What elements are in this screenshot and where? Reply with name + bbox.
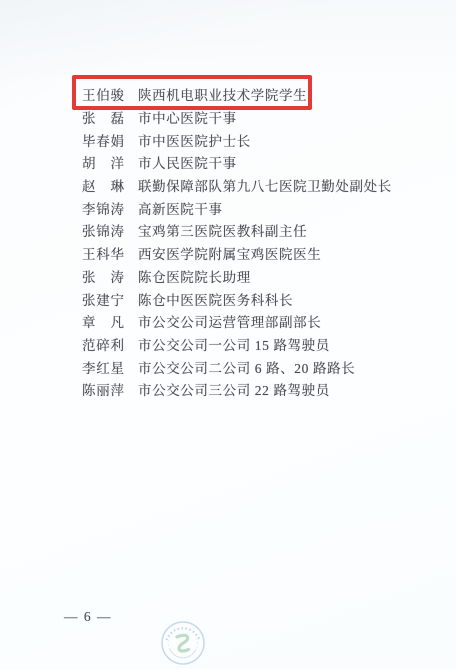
person-name: 李红星 [82, 357, 124, 377]
person-title: 宝鸡第三医院医教科副主任 [138, 220, 307, 240]
person-name: 张建宁 [82, 289, 124, 309]
person-title: 陈仓医院院长助理 [138, 266, 251, 286]
list-item: 张涛陈仓医院院长助理 [0, 265, 456, 288]
person-name: 胡洋 [82, 152, 124, 172]
page-number: — 6 — [64, 609, 112, 625]
person-title: 市中心医院干事 [138, 107, 237, 127]
person-title: 市公交公司一公司 15 路驾驶员 [138, 334, 330, 354]
list-item: 王科华西安医学院附属宝鸡医院医生 [0, 242, 456, 265]
person-name: 王科华 [82, 243, 124, 263]
list-item: 胡洋市人民医院干事 [0, 151, 456, 174]
list-item: 张磊市中心医院干事 [0, 106, 456, 129]
list-item: 毕春娟市中医医院护士长 [0, 128, 456, 151]
person-name: 张涛 [82, 266, 124, 286]
list-item: 范碎利市公交公司一公司 15 路驾驶员 [0, 333, 456, 356]
recognition-list: 王伯骏陕西机电职业技术学院学生张磊市中心医院干事毕春娟市中医医院护士长胡洋市人民… [0, 83, 456, 401]
person-title: 高新医院干事 [138, 198, 223, 218]
person-title: 联勤保障部队第九八七医院卫勤处副处长 [138, 175, 392, 195]
list-item: 李红星市公交公司二公司 6 路、20 路路长 [0, 355, 456, 378]
list-item: 陈丽萍市公交公司三公司 22 路驾驶员 [0, 378, 456, 401]
person-name: 王伯骏 [82, 84, 124, 104]
document-page: 王伯骏陕西机电职业技术学院学生张磊市中心医院干事毕春娟市中医医院护士长胡洋市人民… [0, 0, 456, 669]
person-title: 陈仓中医医院医务科科长 [138, 289, 293, 309]
person-title: 市公交公司三公司 22 路驾驶员 [138, 379, 330, 399]
person-name: 李锦涛 [82, 198, 124, 218]
person-title: 西安医学院附属宝鸡医院医生 [138, 243, 321, 263]
list-item: 李锦涛高新医院干事 [0, 196, 456, 219]
person-name: 张锦涛 [82, 220, 124, 240]
person-title: 市人民医院干事 [138, 152, 237, 172]
person-title: 市公交公司二公司 6 路、20 路路长 [138, 357, 355, 377]
person-title: 市中医医院护士长 [138, 130, 251, 150]
person-name: 毕春娟 [82, 130, 124, 150]
person-name: 范碎利 [82, 334, 124, 354]
official-seal-watermark [158, 618, 208, 668]
list-item: 赵琳联勤保障部队第九八七医院卫勤处副处长 [0, 174, 456, 197]
person-name: 陈丽萍 [82, 379, 124, 399]
list-item: 章凡市公交公司运营管理部副部长 [0, 310, 456, 333]
person-name: 赵琳 [82, 175, 124, 195]
list-item: 张建宁陈仓中医医院医务科科长 [0, 287, 456, 310]
person-title: 市公交公司运营管理部副部长 [138, 311, 321, 331]
seal-icon [158, 618, 208, 668]
person-title: 陕西机电职业技术学院学生 [138, 84, 307, 104]
person-name: 张磊 [82, 107, 124, 127]
list-item: 王伯骏陕西机电职业技术学院学生 [0, 83, 456, 106]
list-item: 张锦涛宝鸡第三医院医教科副主任 [0, 219, 456, 242]
person-name: 章凡 [82, 311, 124, 331]
